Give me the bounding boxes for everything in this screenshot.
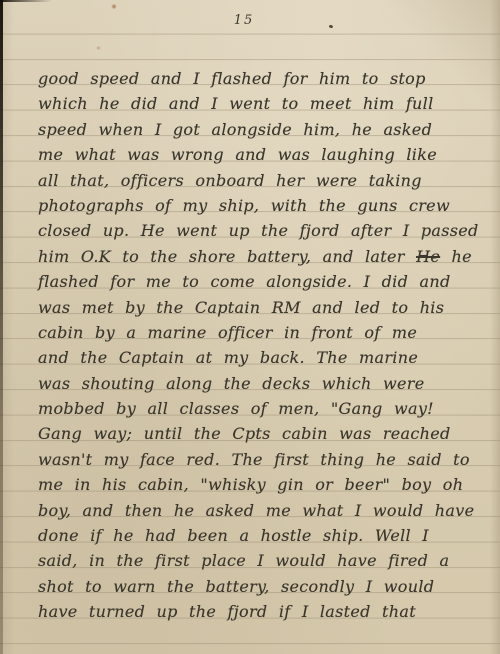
handwriting-line: wasn't my face red. The first thing he s… bbox=[38, 447, 486, 472]
handwriting-text: all that, officers onboard her were taki… bbox=[38, 171, 422, 190]
handwriting-line: boy, and then he asked me what I would h… bbox=[38, 498, 486, 523]
handwriting-text: me what was wrong and was laughing like bbox=[38, 145, 437, 164]
handwriting-text: was shouting along the decks which were bbox=[38, 374, 425, 393]
handwriting-line: me what was wrong and was laughing like bbox=[38, 142, 486, 167]
handwriting-text: done if he had been a hostle ship. Well … bbox=[38, 526, 429, 545]
handwriting-line: have turned up the fjord if I lasted tha… bbox=[38, 599, 486, 624]
handwriting-line: him O.K to the shore battery, and later … bbox=[38, 244, 486, 269]
handwriting-line: was shouting along the decks which were bbox=[38, 371, 486, 396]
handwriting-line: and the Captain at my back. The marine bbox=[38, 345, 486, 370]
handwriting-line: Gang way; until the Cpts cabin was reach… bbox=[38, 421, 486, 446]
handwriting-text: mobbed by all classes of men, "Gang way! bbox=[38, 399, 434, 418]
scan-edge-left bbox=[0, 0, 3, 654]
handwriting-line: shot to warn the battery, secondly I wou… bbox=[38, 574, 486, 599]
handwriting-line: was met by the Captain RM and led to his bbox=[38, 295, 486, 320]
handwriting-line: speed when I got alongside him, he asked bbox=[38, 117, 486, 142]
handwriting-text: have turned up the fjord if I lasted tha… bbox=[38, 602, 416, 621]
handwriting-line: closed up. He went up the fjord after I … bbox=[38, 218, 486, 243]
handwriting-text: good speed and I flashed for him to stop bbox=[38, 69, 426, 88]
handwriting-text: me in his cabin, "whisky gin or beer" bo… bbox=[38, 475, 463, 494]
handwriting-line: photographs of my ship, with the guns cr… bbox=[38, 193, 486, 218]
handwriting-line: all that, officers onboard her were taki… bbox=[38, 168, 486, 193]
diary-page: 15 good speed and I flashed for him to s… bbox=[0, 0, 500, 654]
handwriting-line: which he did and I went to meet him full bbox=[38, 91, 486, 116]
handwriting-text: cabin by a marine officer in front of me bbox=[38, 323, 417, 342]
handwriting-text: shot to warn the battery, secondly I wou… bbox=[38, 577, 434, 596]
handwriting-text: said, in the first place I would have fi… bbox=[38, 551, 449, 570]
fox-spot-upper-left bbox=[96, 46, 101, 50]
handwriting-text: was met by the Captain RM and led to his bbox=[38, 298, 444, 317]
handwriting-text: Gang way; until the Cpts cabin was reach… bbox=[38, 424, 451, 443]
struck-word: He bbox=[416, 247, 440, 266]
fox-spot-top bbox=[111, 4, 117, 9]
handwriting-line: good speed and I flashed for him to stop bbox=[38, 66, 486, 91]
handwriting-text: which he did and I went to meet him full bbox=[38, 94, 434, 113]
handwriting-text: wasn't my face red. The first thing he s… bbox=[38, 450, 470, 469]
handwriting-text: him O.K to the shore battery, and later bbox=[38, 247, 416, 266]
page-number: 15 bbox=[0, 13, 488, 28]
handwriting-line: mobbed by all classes of men, "Gang way! bbox=[38, 396, 486, 421]
handwriting-line: done if he had been a hostle ship. Well … bbox=[38, 523, 486, 548]
text-block: good speed and I flashed for him to stop… bbox=[38, 66, 486, 625]
handwriting-text: speed when I got alongside him, he asked bbox=[38, 120, 432, 139]
handwriting-line: cabin by a marine officer in front of me bbox=[38, 320, 486, 345]
handwriting-text: flashed for me to come alongside. I did … bbox=[38, 272, 451, 291]
handwriting-text: closed up. He went up the fjord after I … bbox=[38, 221, 479, 240]
handwriting-text: photographs of my ship, with the guns cr… bbox=[38, 196, 450, 215]
handwriting-line: said, in the first place I would have fi… bbox=[38, 548, 486, 573]
handwriting-text: and the Captain at my back. The marine bbox=[38, 348, 418, 367]
handwriting-line: me in his cabin, "whisky gin or beer" bo… bbox=[38, 472, 486, 497]
handwriting-text: boy, and then he asked me what I would h… bbox=[38, 501, 474, 520]
handwriting-line: flashed for me to come alongside. I did … bbox=[38, 269, 486, 294]
handwriting-text: he bbox=[440, 247, 472, 266]
scan-edge-top bbox=[0, 0, 52, 2]
